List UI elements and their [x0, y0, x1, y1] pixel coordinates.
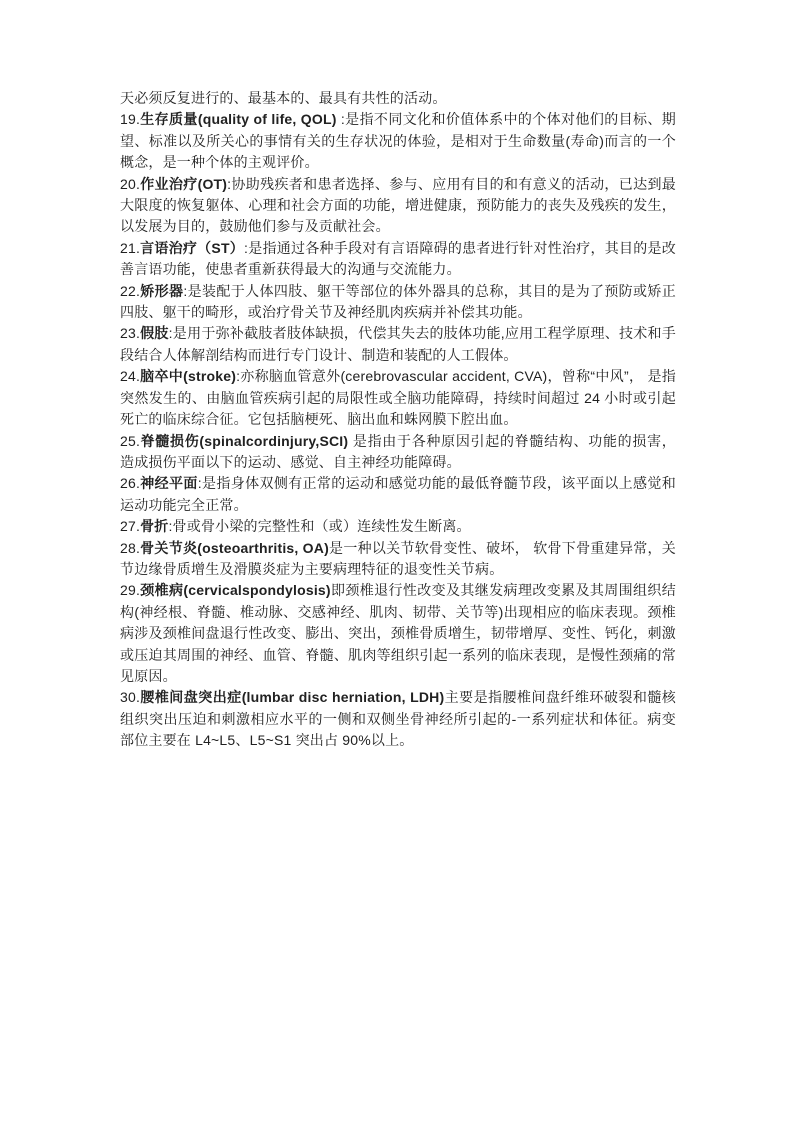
- item-term: 脊髓损伤(spinalcordinjury,SCI): [140, 433, 348, 449]
- item-definition: :骨或骨小梁的完整性和（或）连续性发生断离。: [168, 518, 470, 534]
- glossary-item: 24.脑卒中(stroke):亦称脑血管意外(cerebrovascular a…: [120, 366, 676, 430]
- item-term: 腰椎间盘突出症(lumbar disc herniation, LDH): [140, 689, 444, 705]
- glossary-item: 30.腰椎间盘突出症(lumbar disc herniation, LDH)主…: [120, 687, 676, 751]
- glossary-list: 19.生存质量(quality of life, QOL) :是指不同文化和价值…: [120, 109, 676, 751]
- item-number: 27.: [120, 518, 140, 534]
- item-number: 26.: [120, 475, 140, 491]
- glossary-item: 29.颈椎病(cervicalspondylosis)即颈椎退行性改变及其继发病…: [120, 580, 676, 687]
- item-definition: :是用于弥补截肢者肢体缺损，代偿其失去的肢体功能,应用工程学原理、技术和手段结合…: [120, 325, 676, 362]
- item-number: 29.: [120, 582, 140, 598]
- item-number: 19.: [120, 111, 140, 127]
- item-number: 25.: [120, 433, 140, 449]
- item-term: 作业治疗(OT): [140, 176, 227, 192]
- item-term: 骨关节炎(osteoarthritis, OA): [140, 540, 329, 556]
- item-number: 22.: [120, 283, 140, 299]
- item-term: 脑卒中(stroke): [140, 368, 236, 384]
- item-number: 24.: [120, 368, 140, 384]
- item-term: 骨折: [140, 518, 168, 534]
- item-term: 言语治疗（ST）: [140, 240, 244, 256]
- item-term: 生存质量(quality of life, QOL): [140, 111, 337, 127]
- document-page: 天必须反复进行的、最基本的、最具有共性的活动。 19.生存质量(quality …: [0, 0, 793, 1122]
- glossary-item: 26.神经平面:是指身体双侧有正常的运动和感觉功能的最低脊髓节段，该平面以上感觉…: [120, 473, 676, 516]
- glossary-item: 22.矫形器:是装配于人体四肢、躯干等部位的体外器具的总称，其目的是为了预防或矫…: [120, 281, 676, 324]
- glossary-item: 27.骨折:骨或骨小梁的完整性和（或）连续性发生断离。: [120, 516, 676, 537]
- glossary-item: 19.生存质量(quality of life, QOL) :是指不同文化和价值…: [120, 109, 676, 173]
- item-number: 30.: [120, 689, 140, 705]
- item-number: 21.: [120, 240, 140, 256]
- glossary-item: 25.脊髓损伤(spinalcordinjury,SCI) 是指由于各种原因引起…: [120, 431, 676, 474]
- item-term: 颈椎病(cervicalspondylosis): [140, 582, 331, 598]
- continuation-paragraph: 天必须反复进行的、最基本的、最具有共性的活动。: [120, 88, 676, 109]
- item-number: 20.: [120, 176, 140, 192]
- document-text: 天必须反复进行的、最基本的、最具有共性的活动。 19.生存质量(quality …: [120, 88, 676, 752]
- item-definition: :是装配于人体四肢、躯干等部位的体外器具的总称，其目的是为了预防或矫正四肢、躯干…: [120, 283, 676, 320]
- item-term: 矫形器: [140, 283, 183, 299]
- item-term: 神经平面: [140, 475, 198, 491]
- glossary-item: 20.作业治疗(OT):协助残疾者和患者选择、参与、应用有目的和有意义的活动，已…: [120, 174, 676, 238]
- item-term: 假肢: [140, 325, 169, 341]
- glossary-item: 23.假肢:是用于弥补截肢者肢体缺损，代偿其失去的肢体功能,应用工程学原理、技术…: [120, 323, 676, 366]
- glossary-item: 28.骨关节炎(osteoarthritis, OA)是一种以关节软骨变性、破坏…: [120, 538, 676, 581]
- glossary-item: 21.言语治疗（ST）:是指通过各种手段对有言语障碍的患者进行针对性治疗，其目的…: [120, 238, 676, 281]
- item-number: 23.: [120, 325, 140, 341]
- item-number: 28.: [120, 540, 140, 556]
- item-definition: :是指身体双侧有正常的运动和感觉功能的最低脊髓节段，该平面以上感觉和运动功能完全…: [120, 475, 676, 512]
